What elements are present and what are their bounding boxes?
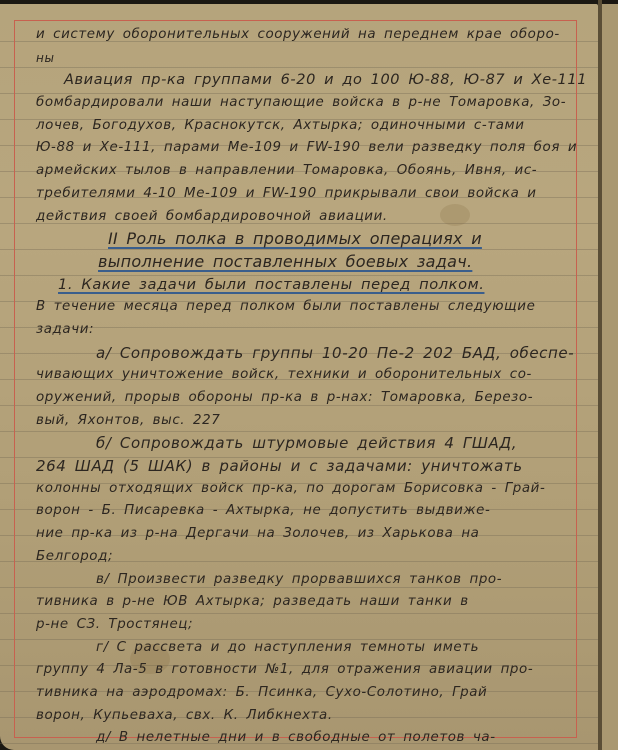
paragraph-start: Авиация пр-ка группами 6-20 и до 100 Ю-8… <box>36 69 551 92</box>
section-heading: выполнение поставленных боевых задач. <box>36 251 551 274</box>
section-heading-line1: II Роль полка в проводимых операциях и <box>108 229 482 248</box>
list-item-g: г/ С рассвета и до наступления темноты и… <box>36 637 551 660</box>
adjacent-page-edge <box>602 4 618 750</box>
handwritten-text-body: и систему оборонительных сооружений на п… <box>36 24 551 750</box>
text-line: тивника в р-не ЮВ Ахтырка; разведать наш… <box>36 591 551 614</box>
subsection-heading: 1. Какие задачи были поставлены перед по… <box>36 274 551 297</box>
text-line: действия своей бомбардировочной авиации. <box>36 206 551 229</box>
text-line: чивающих уничтожение войск, техники и об… <box>36 364 551 387</box>
text-line: требителями 4-10 Ме-109 и FW-190 прикрыв… <box>36 183 551 206</box>
subsection-heading-text: 1. Какие задачи были поставлены перед по… <box>36 276 484 293</box>
text-line: и систему оборонительных сооружений на п… <box>36 24 551 47</box>
text-line: В течение месяца перед полком были поста… <box>36 296 551 319</box>
text-line: группу 4 Ла-5 в готовности №1, для отраж… <box>36 659 551 682</box>
text-line: ны <box>36 47 551 70</box>
list-item-b: б/ Сопровождать штурмовые действия 4 ГША… <box>36 432 551 455</box>
text-line: Ю-88 и Хе-111, парами Ме-109 и FW-190 ве… <box>36 137 551 160</box>
text-line: тивника на аэродромах: Б. Псинка, Сухо-С… <box>36 682 551 705</box>
text-line: вый, Яхонтов, выс. 227 <box>36 410 551 433</box>
list-item-v: в/ Произвести разведку прорвавшихся танк… <box>36 569 551 592</box>
list-item-d: д/ В нелетные дни и в свободные от полет… <box>36 727 551 750</box>
section-heading: II Роль полка в проводимых операциях и <box>36 228 551 251</box>
text-line: армейских тылов в направлении Томаровка,… <box>36 160 551 183</box>
text-line: лочев, Богодухов, Краснокутск, Ахтырка; … <box>36 115 551 138</box>
section-heading-line2: выполнение поставленных боевых задач. <box>98 252 472 271</box>
text-line: оружений, прорыв обороны пр-ка в р-нах: … <box>36 387 551 410</box>
text-line: колонны отходящих войск пр-ка, по дорога… <box>36 478 551 501</box>
text-line: ние пр-ка из р-на Дергачи на Золочев, из… <box>36 523 551 546</box>
text-line: 264 ШАД (5 ШАК) в районы и с задачами: у… <box>36 455 551 478</box>
text-line: бомбардировали наши наступающие войска в… <box>36 92 551 115</box>
text-line: ворон - Б. Писаревка - Ахтырка, не допус… <box>36 500 551 523</box>
list-item-a: а/ Сопровождать группы 10-20 Пе-2 202 БА… <box>36 342 551 365</box>
document-page: и систему оборонительных сооружений на п… <box>0 4 598 750</box>
text-line: ворон, Купьеваха, свх. К. Либкнехта. <box>36 705 551 728</box>
text-line: р-не СЗ. Тростянец; <box>36 614 551 637</box>
text-line: Белгород; <box>36 546 551 569</box>
text-line: задачи: <box>36 319 551 342</box>
